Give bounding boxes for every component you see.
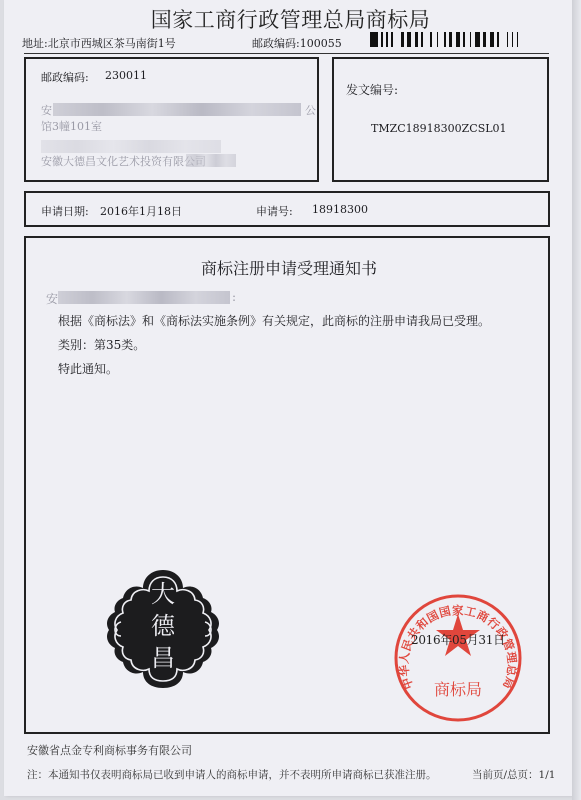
recipient-postal-label: 邮政编码: <box>41 69 89 85</box>
addressee-end: : <box>232 290 236 304</box>
recipient-postal-value: 230011 <box>105 69 147 82</box>
issuer-title: 国家工商行政管理总局商标局 <box>0 4 581 34</box>
seal-center-text: 商标局 <box>434 680 482 699</box>
document-number-label: 发文编号: <box>346 81 398 98</box>
header-divider <box>24 53 549 54</box>
page-edge <box>572 0 581 800</box>
redacted-company-tail <box>186 154 236 167</box>
logo-char-2: 德 <box>151 612 176 640</box>
application-number-label: 申请号: <box>256 203 293 219</box>
recipient-address-line2: 馆3幢101室 <box>41 118 102 134</box>
agency-name: 安徽省点金专利商标事务有限公司 <box>27 742 192 758</box>
document-number-box: 发文编号: TMZC18918300ZCSL01 <box>332 57 549 182</box>
application-date-label: 申请日期: <box>41 203 89 219</box>
notice-body: 根据《商标法》和《商标法实施条例》有关规定，此商标的注册申请我局已受理。 <box>58 312 490 329</box>
application-info-box: 申请日期: 2016年1月18日 申请号: 18918300 <box>24 191 550 227</box>
barcode <box>370 32 547 47</box>
issuer-address: 地址:北京市西城区茶马南街1号 <box>22 35 176 51</box>
recipient-box: 邮政编码: 230011 安 公 馆3幢101室 安徽大德昌文化艺术投资有限公司 <box>24 57 319 182</box>
trademark-logo: 大 德 昌 <box>101 566 225 690</box>
recipient-company: 安徽大德昌文化艺术投资有限公司 <box>41 153 206 169</box>
issuer-postal-code: 邮政编码:100055 <box>252 35 342 51</box>
seal-date: 2016年05月31日 <box>411 631 505 648</box>
logo-char-1: 大 <box>151 580 175 608</box>
recipient-address-start: 安 <box>41 102 52 118</box>
redacted-addressee <box>58 291 230 304</box>
redacted-company <box>41 140 221 153</box>
notice-category: 类别：第35类。 <box>58 336 145 353</box>
footer-note: 注：本通知书仅表明商标局已收到申请人的商标申请，并不表明所申请商标已获准注册。 <box>27 767 437 782</box>
recipient-address-end: 公 <box>305 102 316 118</box>
document-number-value: TMZC18918300ZCSL01 <box>371 122 507 135</box>
official-seal: 中华人民共和国国家工商行政管理总局 商标局 <box>392 592 524 724</box>
application-date-value: 2016年1月18日 <box>100 203 182 219</box>
addressee-start: 安 <box>46 290 58 307</box>
notice-title: 商标注册申请受理通知书 <box>26 256 552 279</box>
page-indicator: 当前页/总页：1/1 <box>472 767 555 782</box>
application-number-value: 18918300 <box>312 203 368 216</box>
redacted-address <box>53 103 301 116</box>
logo-char-3: 昌 <box>151 644 175 672</box>
notice-closing: 特此通知。 <box>58 360 118 377</box>
